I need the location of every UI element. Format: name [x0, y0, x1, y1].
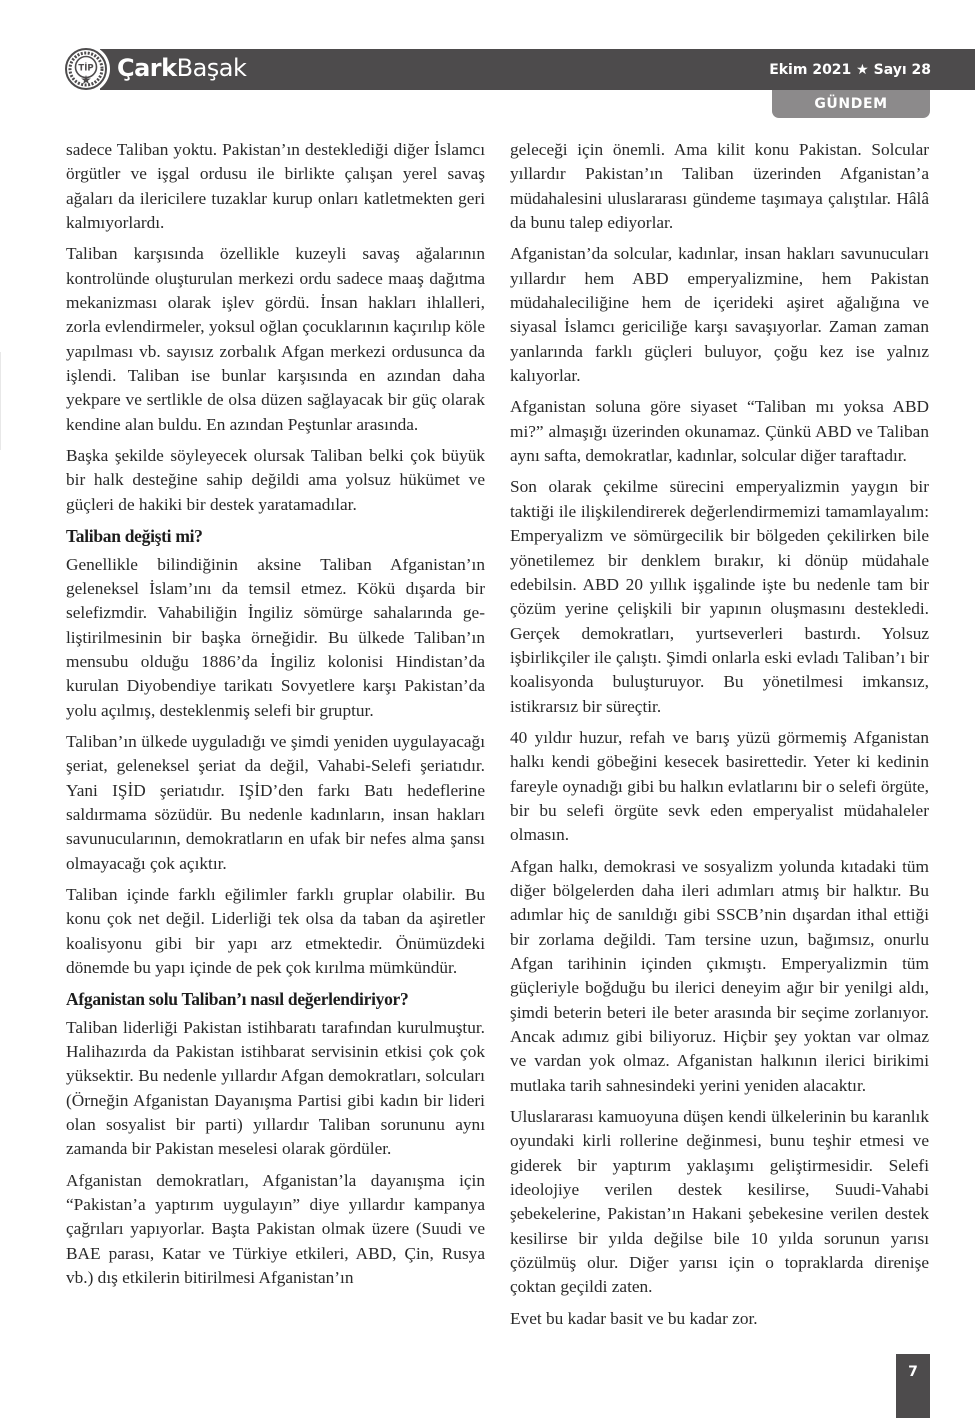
svg-text:TİP: TİP	[78, 63, 93, 74]
issue-date: Ekim 2021	[769, 62, 851, 78]
paragraph: Afgan halkı, demokrasi ve sosyalizm yolu…	[510, 855, 929, 1098]
brand-light: Başak	[177, 54, 247, 82]
page-number: 7	[896, 1354, 930, 1418]
left-column: sadece Taliban yoktu. Pakistan’ın destek…	[66, 138, 485, 1297]
paragraph: Evet bu kadar basit ve bu kadar zor.	[510, 1307, 929, 1331]
paragraph: Afganistan soluna göre siyaset “Taliban …	[510, 395, 929, 468]
paragraph: geleceği için önemli. Ama kilit konu Pak…	[510, 138, 929, 235]
issue-number: Sayı 28	[874, 62, 931, 78]
page-edge-rule	[0, 352, 1, 450]
paragraph: Başka şekilde söyleyecek olursak Taliban…	[66, 444, 485, 517]
paragraph: Son olarak çekilme sürecini emperyalizmi…	[510, 475, 929, 718]
magazine-title: ÇarkBaşak	[117, 53, 246, 83]
paragraph: Taliban’ın ülkede uyguladığı ve şimdi ye…	[66, 730, 485, 876]
tip-emblem-icon: TİP	[65, 48, 107, 90]
paragraph: Genellikle bilindiğinin aksine Taliban A…	[66, 553, 485, 723]
paragraph: 40 yıldır huzur, refah ve barış yüzü gör…	[510, 726, 929, 848]
paragraph: Taliban liderliği Pakistan istihbaratı t…	[66, 1016, 485, 1162]
paragraph: Uluslararası kamuoyuna düşen kendi ülkel…	[510, 1105, 929, 1300]
paragraph: sadece Taliban yoktu. Pakistan’ın destek…	[66, 138, 485, 235]
paragraph: Taliban karşısında özellikle kuzeyli sav…	[66, 242, 485, 437]
paragraph: Afganistan’da solcular, kadınlar, insan …	[510, 242, 929, 388]
tip-logo: TİP	[62, 45, 110, 93]
right-column: geleceği için önemli. Ama kilit konu Pak…	[510, 138, 929, 1338]
paragraph: Afganistan demokratları, Afganistan’la d…	[66, 1169, 485, 1291]
section-tab: GÜNDEM	[772, 90, 930, 118]
star-icon: ★	[856, 62, 869, 78]
section-heading: Afganistan solu Taliban’ı nasıl değerlen…	[66, 987, 485, 1011]
issue-info: Ekim 2021 ★ Sayı 28	[769, 60, 931, 80]
section-heading: Taliban değişti mi?	[66, 524, 485, 548]
brand-bold: Çark	[117, 54, 177, 82]
paragraph: Taliban içinde farklı eğilimler farklı g…	[66, 883, 485, 980]
